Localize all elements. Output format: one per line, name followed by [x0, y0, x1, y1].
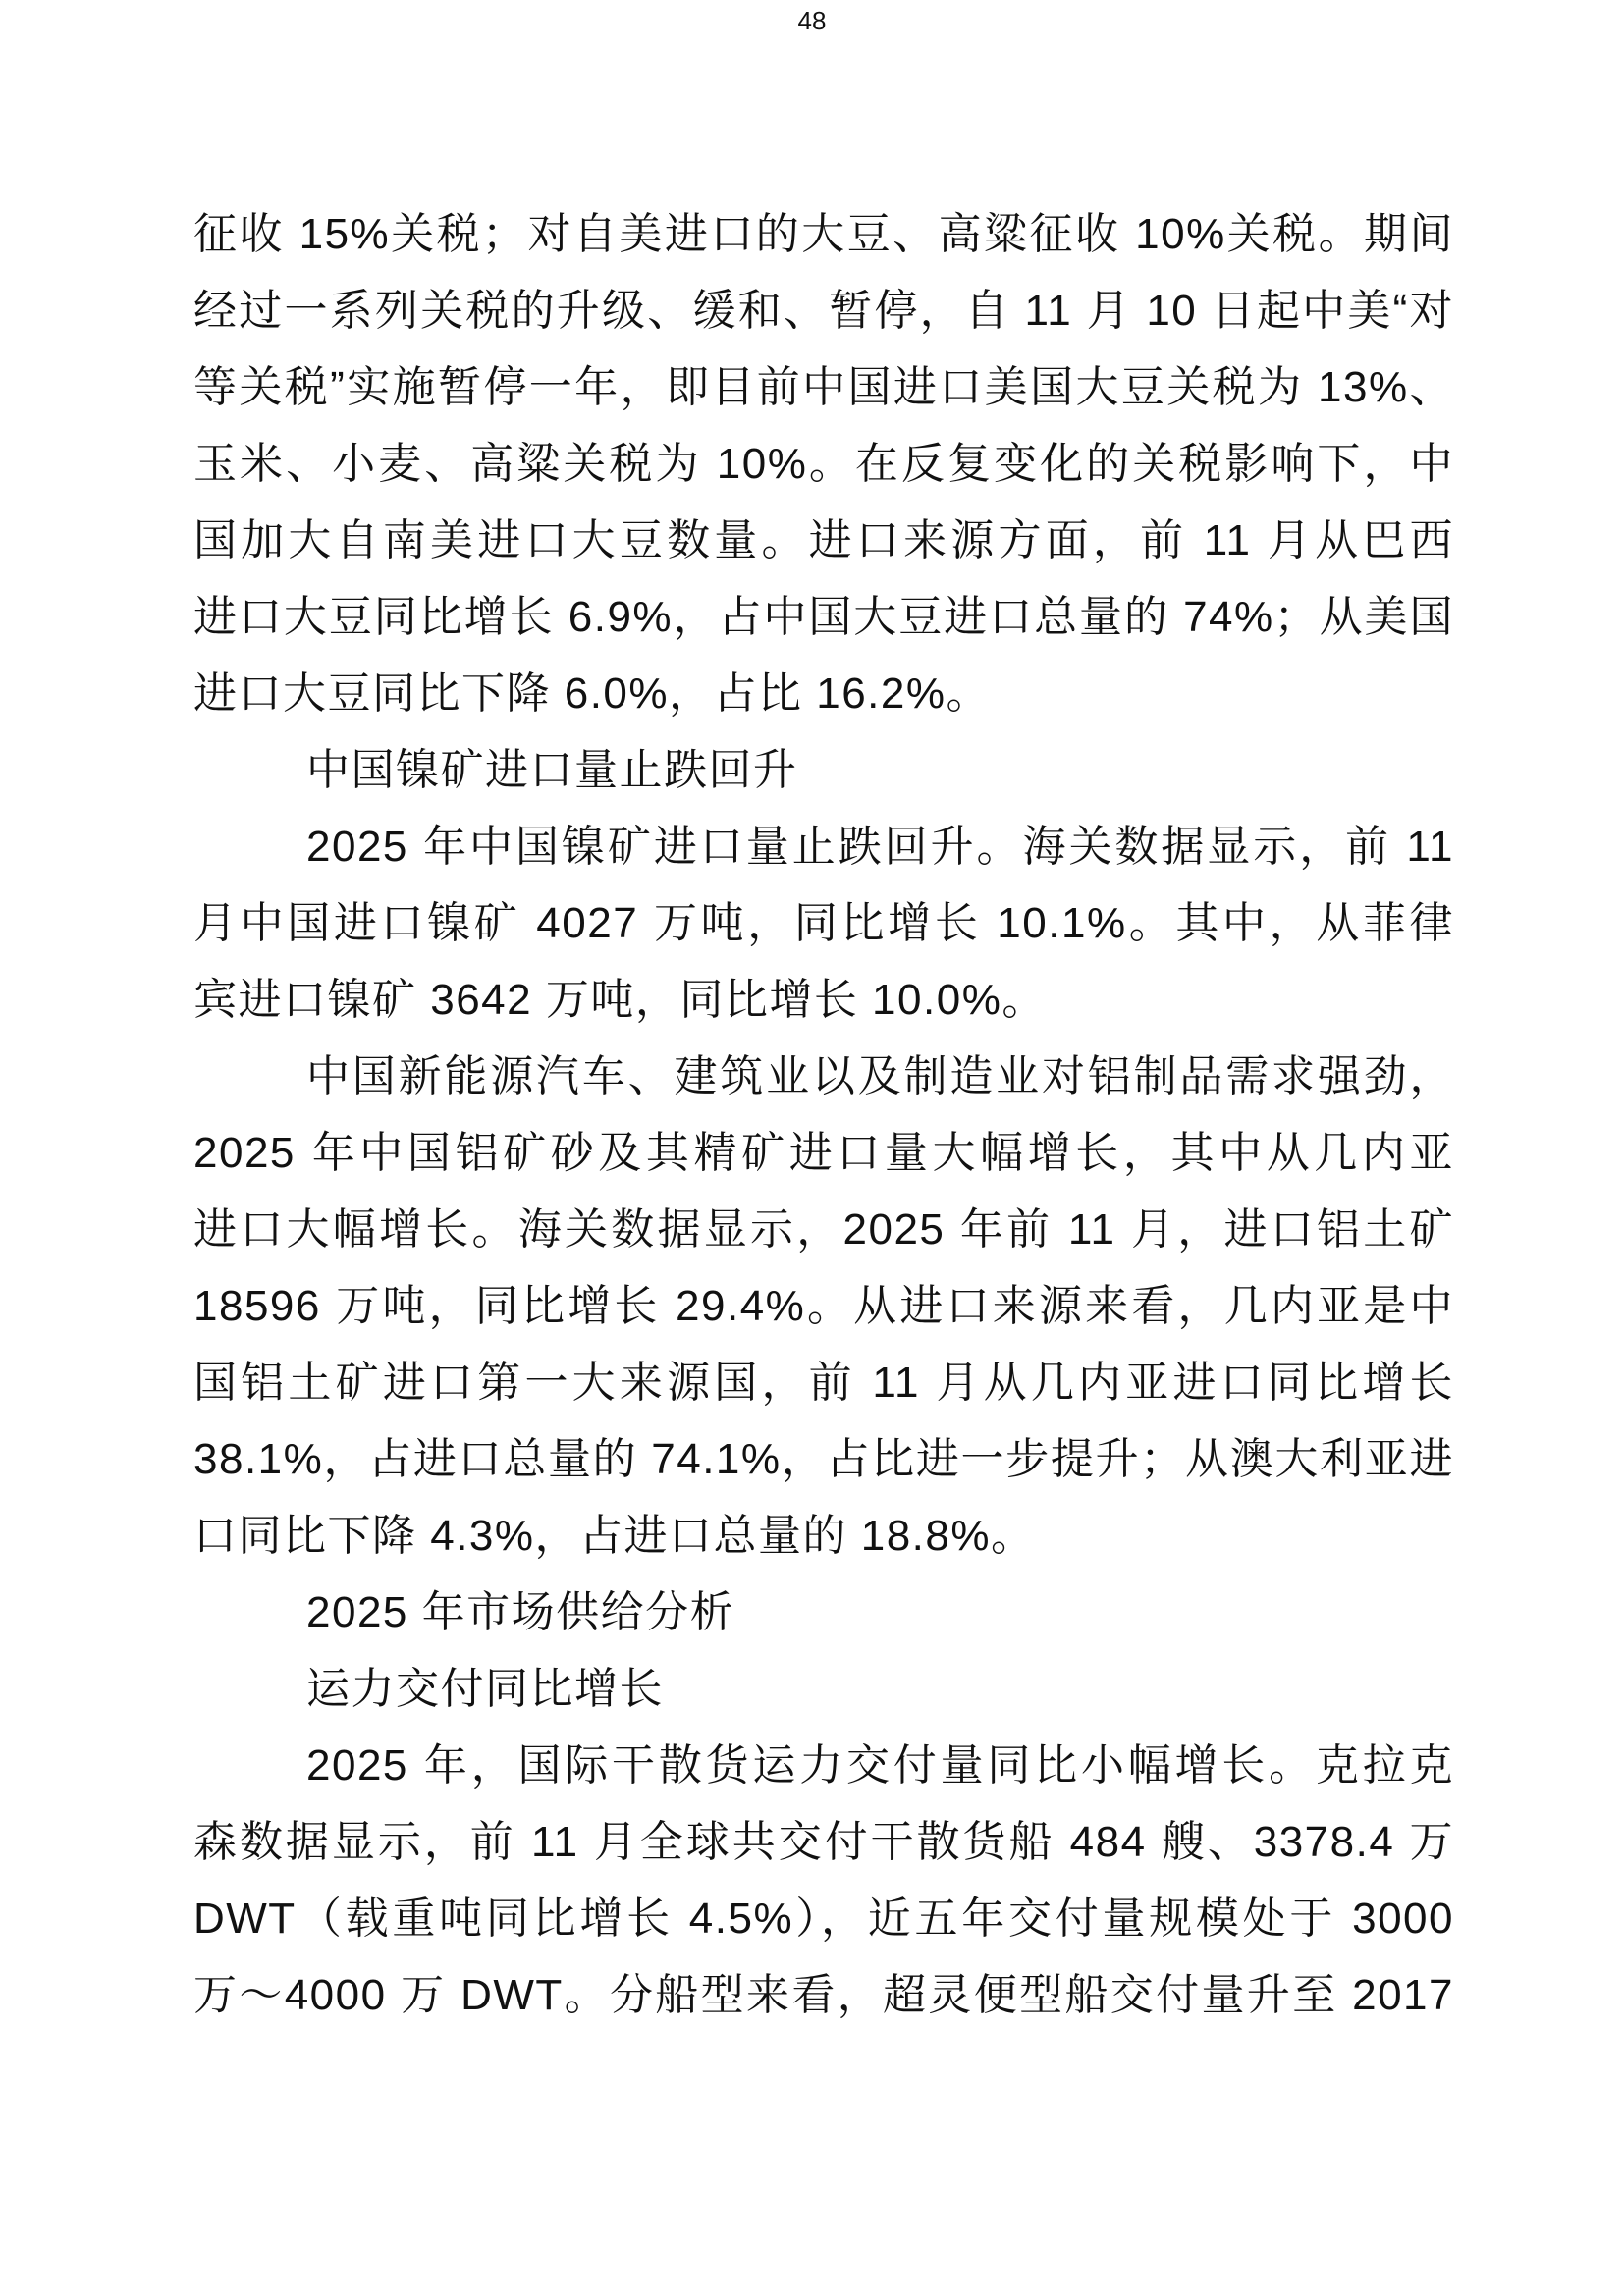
page-number: 48 [0, 6, 1624, 35]
text-line: 38.1%，占进口总量的 74.1%，占比进一步提升；从澳大利亚进 [193, 1421, 1454, 1498]
text-line: 宾进口镍矿 3642 万吨，同比增长 10.0%。 [193, 962, 1454, 1039]
text-line: 中国新能源汽车、建筑业以及制造业对铝制品需求强劲， [193, 1039, 1454, 1115]
text-line: 进口大豆同比增长 6.9%，占中国大豆进口总量的 74%；从美国 [193, 579, 1454, 656]
text-line: 森数据显示，前 11 月全球共交付干散货船 484 艘、3378.4 万 [193, 1804, 1454, 1881]
text-line: 18596 万吨，同比增长 29.4%。从进口来源来看，几内亚是中 [193, 1268, 1454, 1345]
text-line: 2025 年，国际干散货运力交付量同比小幅增长。克拉克 [193, 1728, 1454, 1804]
text-line: 经过一系列关税的升级、缓和、暂停，自 11 月 10 日起中美“对 [193, 273, 1454, 349]
document-page: 48 征收 15%关税；对自美进口的大豆、高粱征收 10%关税。期间经过一系列关… [0, 0, 1624, 2296]
text-line: DWT（载重吨同比增长 4.5%），近五年交付量规模处于 3000 [193, 1881, 1454, 1957]
document-body: 征收 15%关税；对自美进口的大豆、高粱征收 10%关税。期间经过一系列关税的升… [193, 196, 1454, 2034]
text-line: 2025 年市场供给分析 [193, 1575, 1454, 1651]
text-line: 国加大自南美进口大豆数量。进口来源方面，前 11 月从巴西 [193, 503, 1454, 579]
text-line: 口同比下降 4.3%，占进口总量的 18.8%。 [193, 1498, 1454, 1575]
text-line: 玉米、小麦、高粱关税为 10%。在反复变化的关税影响下，中 [193, 426, 1454, 503]
text-line: 中国镍矿进口量止跌回升 [193, 732, 1454, 809]
text-line: 进口大豆同比下降 6.0%，占比 16.2%。 [193, 656, 1454, 732]
text-line: 征收 15%关税；对自美进口的大豆、高粱征收 10%关税。期间 [193, 196, 1454, 273]
text-line: 万～4000 万 DWT。分船型来看，超灵便型船交付量升至 2017 [193, 1957, 1454, 2034]
text-line: 进口大幅增长。海关数据显示，2025 年前 11 月，进口铝土矿 [193, 1192, 1454, 1268]
text-line: 2025 年中国镍矿进口量止跌回升。海关数据显示，前 11 [193, 809, 1454, 885]
text-line: 运力交付同比增长 [193, 1651, 1454, 1728]
text-line: 2025 年中国铝矿砂及其精矿进口量大幅增长，其中从几内亚 [193, 1115, 1454, 1192]
text-line: 月中国进口镍矿 4027 万吨，同比增长 10.1%。其中，从菲律 [193, 885, 1454, 962]
text-line: 国铝土矿进口第一大来源国，前 11 月从几内亚进口同比增长 [193, 1345, 1454, 1421]
text-line: 等关税”实施暂停一年，即目前中国进口美国大豆关税为 13%、 [193, 349, 1454, 426]
